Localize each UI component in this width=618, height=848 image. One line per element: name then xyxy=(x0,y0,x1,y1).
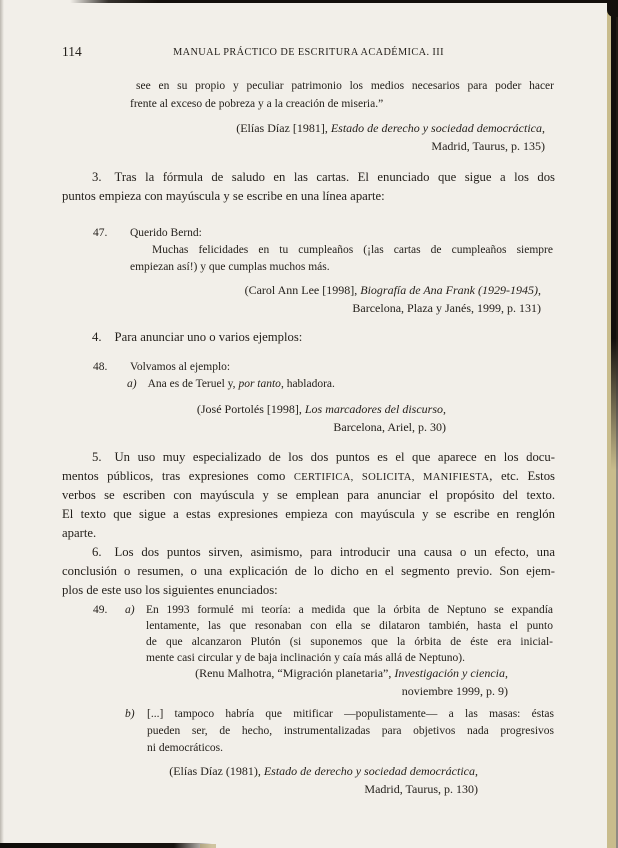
citation-prefix: (José Portolés [1998], xyxy=(197,402,305,416)
section-text: Tras la fórmula de saludo en las cartas.… xyxy=(115,170,555,184)
citation-suffix: , xyxy=(542,121,545,135)
citation-renu-malhotra: (Renu Malhotra, “Migración planetaria”, … xyxy=(118,664,508,700)
citation-line: (Elías Díaz (1981), Estado de derecho y … xyxy=(108,762,478,780)
item-label: a) xyxy=(125,602,135,618)
citation-title: Biografía de Ana Frank (1929-1945) xyxy=(360,283,538,297)
section-text: Para anunciar uno o varios ejemplos: xyxy=(115,330,303,344)
citation-title: Los marcadores del discurso xyxy=(305,402,443,416)
text-line: Querido Bernd: xyxy=(93,225,553,242)
small-caps-verbs: CERTIFICA, SOLICITA, MANIFIESTA xyxy=(294,472,489,483)
section-text: mentos públicos, tras expresiones como xyxy=(62,469,294,483)
text-line: a)Ana es de Teruel y, por tanto, hablado… xyxy=(93,376,553,393)
text-line: conclusión o resumen, o una explicación … xyxy=(62,562,555,581)
citation-line: Madrid, Taurus, p. 130) xyxy=(108,780,478,798)
section-number: 5. xyxy=(92,450,102,464)
text-line: 5.Un uso muy especializado de los dos pu… xyxy=(62,448,555,467)
example-49b: b) [...] tampoco habría que mitificar —p… xyxy=(125,706,554,757)
section-text: , etc. Estos xyxy=(489,469,555,483)
citation-line: Barcelona, Plaza y Janés, 1999, p. 131) xyxy=(121,299,541,317)
text-line: ni democráticos. xyxy=(125,740,554,757)
example-number: 49. xyxy=(93,602,107,618)
item-label: a) xyxy=(127,378,137,390)
scan-edge-left xyxy=(0,0,4,848)
running-header: MANUAL PRÁCTICO DE ESCRITURA ACADÉMICA. … xyxy=(62,47,555,58)
section-5-paragraph: 5.Un uso muy especializado de los dos pu… xyxy=(62,448,555,543)
text-line: En 1993 formulé mi teoría: a medida que … xyxy=(93,602,553,618)
scan-corner-top-right xyxy=(607,0,618,17)
section-4-paragraph: 4.Para anunciar uno o varios ejemplos: xyxy=(62,328,555,347)
citation-title: Investigación y ciencia xyxy=(394,666,505,680)
scan-edge-bottom-tip xyxy=(200,844,216,848)
citation-suffix: , xyxy=(475,764,478,778)
citation-line: Madrid, Taurus, p. 135) xyxy=(125,137,545,155)
section-number: 3. xyxy=(92,170,102,184)
citation-prefix: (Elías Díaz (1981), xyxy=(169,764,264,778)
citation-prefix: (Renu Malhotra, “Migración planetaria”, xyxy=(195,666,394,680)
section-number: 6. xyxy=(92,545,102,559)
scan-edge-bottom-left xyxy=(0,843,212,848)
section-6-paragraph: 6.Los dos puntos sirven, asimismo, para … xyxy=(62,543,555,600)
section-text: Los dos puntos sirven, asimismo, para in… xyxy=(115,545,555,559)
text-line: mentos públicos, tras expresiones como C… xyxy=(62,467,555,486)
text-line: empiezan así!) y que cumplas muchos más. xyxy=(93,259,553,276)
text-line: 3.Tras la fórmula de saludo en las carta… xyxy=(62,168,555,187)
text-line: see en su propio y peculiar patrimonio l… xyxy=(130,77,554,95)
text-line: 6.Los dos puntos sirven, asimismo, para … xyxy=(62,543,555,562)
scanned-book-page: 114 MANUAL PRÁCTICO DE ESCRITURA ACADÉMI… xyxy=(0,0,618,848)
quote-block-intro: see en su propio y peculiar patrimonio l… xyxy=(130,77,554,113)
text-line: puntos empieza con mayúscula y se escrib… xyxy=(62,187,555,206)
text-line: de que alcanzaron Plutón (si suponemos q… xyxy=(93,634,553,650)
citation-suffix: , xyxy=(505,666,508,680)
citation-line: Barcelona, Ariel, p. 30) xyxy=(116,418,446,436)
citation-prefix: (Carol Ann Lee [1998], xyxy=(245,283,361,297)
example-49a: 49. a) En 1993 formulé mi teoría: a medi… xyxy=(93,602,553,666)
citation-elias-diaz-130: (Elías Díaz (1981), Estado de derecho y … xyxy=(108,762,478,798)
text-line: Volvamos al ejemplo: xyxy=(93,359,553,376)
text-line: Muchas felicidades en tu cumpleaños (¡la… xyxy=(93,242,553,259)
item-text: Ana es de Teruel y, xyxy=(148,378,239,390)
text-line: El texto que sigue a estas expresiones e… xyxy=(62,505,555,524)
text-line: aparte. xyxy=(62,524,555,543)
citation-prefix: (Elías Díaz [1981], xyxy=(236,121,331,135)
text-line: [...] tampoco habría que mitificar —popu… xyxy=(125,706,554,723)
item-text: , habladora. xyxy=(281,378,335,390)
citation-jose-portoles: (José Portolés [1998], Los marcadores de… xyxy=(116,400,446,436)
section-text: Un uso muy especializado de los dos punt… xyxy=(115,450,555,464)
item-text-italic: por tanto xyxy=(238,378,281,390)
text-line: lentamente, las que resonaban con ella s… xyxy=(93,618,553,634)
example-number: 48. xyxy=(93,359,107,376)
citation-elias-diaz-135: (Elías Díaz [1981], Estado de derecho y … xyxy=(125,119,545,155)
text-line: pueden ser, de hecho, instrumentalizadas… xyxy=(125,723,554,740)
example-number: 47. xyxy=(93,225,107,242)
citation-line: noviembre 1999, p. 9) xyxy=(118,682,508,700)
citation-line: (Carol Ann Lee [1998], Biografía de Ana … xyxy=(121,281,541,299)
text-line: plos de este uso los siguientes enunciad… xyxy=(62,581,555,600)
citation-carol-ann-lee: (Carol Ann Lee [1998], Biografía de Ana … xyxy=(121,281,541,317)
scan-edge-top xyxy=(70,0,618,3)
section-3-paragraph: 3.Tras la fórmula de saludo en las carta… xyxy=(62,168,555,206)
section-number: 4. xyxy=(92,330,102,344)
citation-line: (José Portolés [1998], Los marcadores de… xyxy=(116,400,446,418)
example-48: 48. Volvamos al ejemplo: a)Ana es de Ter… xyxy=(93,359,553,393)
citation-suffix: , xyxy=(538,283,541,297)
citation-title: Estado de derecho y sociedad democráctic… xyxy=(264,764,475,778)
text-line: 4.Para anunciar uno o varios ejemplos: xyxy=(62,328,555,347)
item-label: b) xyxy=(125,706,135,723)
citation-line: (Elías Díaz [1981], Estado de derecho y … xyxy=(125,119,545,137)
citation-line: (Renu Malhotra, “Migración planetaria”, … xyxy=(118,664,508,682)
example-47: 47. Querido Bernd: Muchas felicidades en… xyxy=(93,225,553,276)
text-line: frente al exceso de pobreza y a la creac… xyxy=(130,95,554,113)
text-line: verbos se escriben con mayúscula y se em… xyxy=(62,486,555,505)
citation-title: Estado de derecho y sociedad democráctic… xyxy=(331,121,542,135)
citation-suffix: , xyxy=(443,402,446,416)
